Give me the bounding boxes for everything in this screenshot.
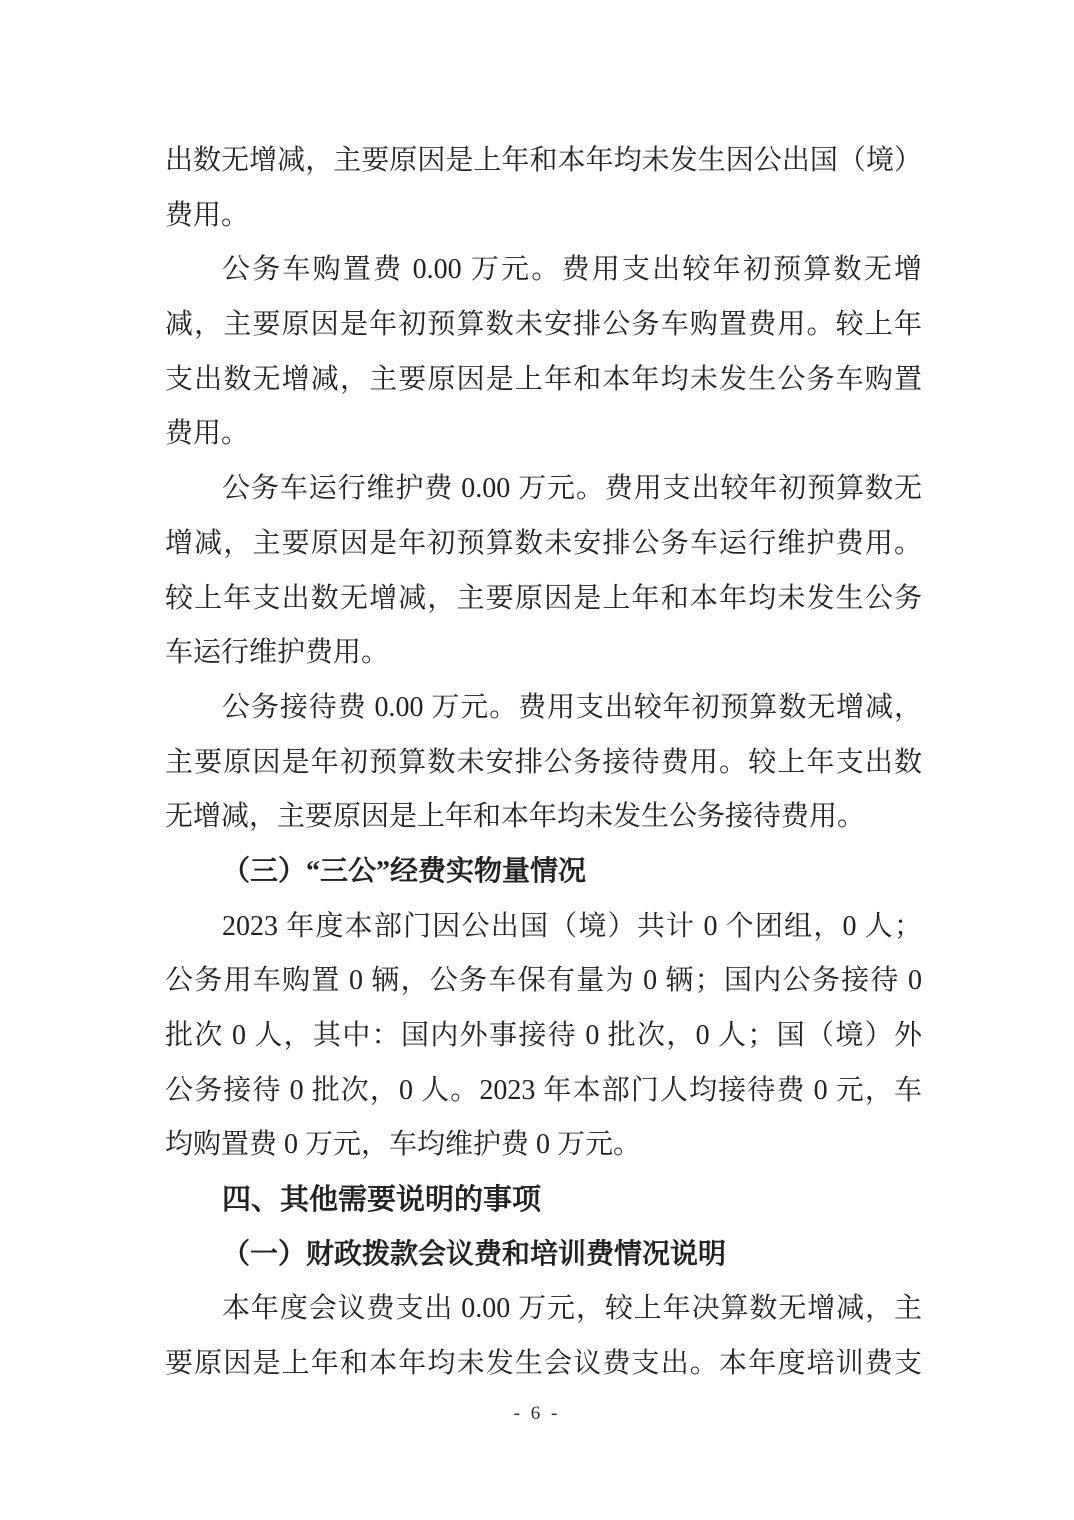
- body-line: 批次 0 人，其中：国内外事接待 0 批次，0 人；国（境）外: [165, 1009, 922, 1064]
- body-line: 公务用车购置 0 辆，公务车保有量为 0 辆；国内公务接待 0: [165, 954, 922, 1009]
- body-line: 公务车购置费 0.00 万元。费用支出较年初预算数无增: [165, 243, 922, 298]
- body-line: 均购置费 0 万元，车均维护费 0 万元。: [165, 1118, 922, 1173]
- body-line: 费用。: [165, 189, 922, 244]
- body-line: 公务接待费 0.00 万元。费用支出较年初预算数无增减，: [165, 681, 922, 736]
- body-line: 无增减，主要原因是上年和本年均未发生公务接待费用。: [165, 790, 922, 845]
- section-heading-three: （三）“三公”经费实物量情况: [165, 845, 922, 900]
- body-line: 公务接待 0 批次，0 人。2023 年本部门人均接待费 0 元，车: [165, 1064, 922, 1119]
- body-line: 要原因是上年和本年均未发生会议费支出。本年度培训费支: [165, 1337, 922, 1392]
- section-heading-four: 四、其他需要说明的事项: [165, 1173, 922, 1228]
- body-line: 较上年支出数无增减，主要原因是上年和本年均未发生公务: [165, 572, 922, 627]
- body-line: 本年度会议费支出 0.00 万元，较上年决算数无增减，主: [165, 1282, 922, 1337]
- page-number: - 6 -: [0, 1403, 1074, 1425]
- body-line: 公务车运行维护费 0.00 万元。费用支出较年初预算数无: [165, 462, 922, 517]
- body-line: 主要原因是年初预算数未安排公务接待费用。较上年支出数: [165, 736, 922, 791]
- section-heading-one: （一）财政拨款会议费和培训费情况说明: [165, 1228, 922, 1283]
- body-line: 车运行维护费用。: [165, 626, 922, 681]
- document-body: 出数无增减，主要原因是上年和本年均未发生因公出国（境） 费用。 公务车购置费 0…: [165, 134, 922, 1392]
- document-page: 出数无增减，主要原因是上年和本年均未发生因公出国（境） 费用。 公务车购置费 0…: [0, 0, 1074, 1520]
- body-line: 增减，主要原因是年初预算数未安排公务车运行维护费用。: [165, 517, 922, 572]
- body-line: 费用。: [165, 407, 922, 462]
- body-line: 减，主要原因是年初预算数未安排公务车购置费用。较上年: [165, 298, 922, 353]
- body-line: 2023 年度本部门因公出国（境）共计 0 个团组，0 人；: [165, 900, 922, 955]
- body-line: 支出数无增减，主要原因是上年和本年均未发生公务车购置: [165, 353, 922, 408]
- body-line: 出数无增减，主要原因是上年和本年均未发生因公出国（境）: [165, 134, 922, 189]
